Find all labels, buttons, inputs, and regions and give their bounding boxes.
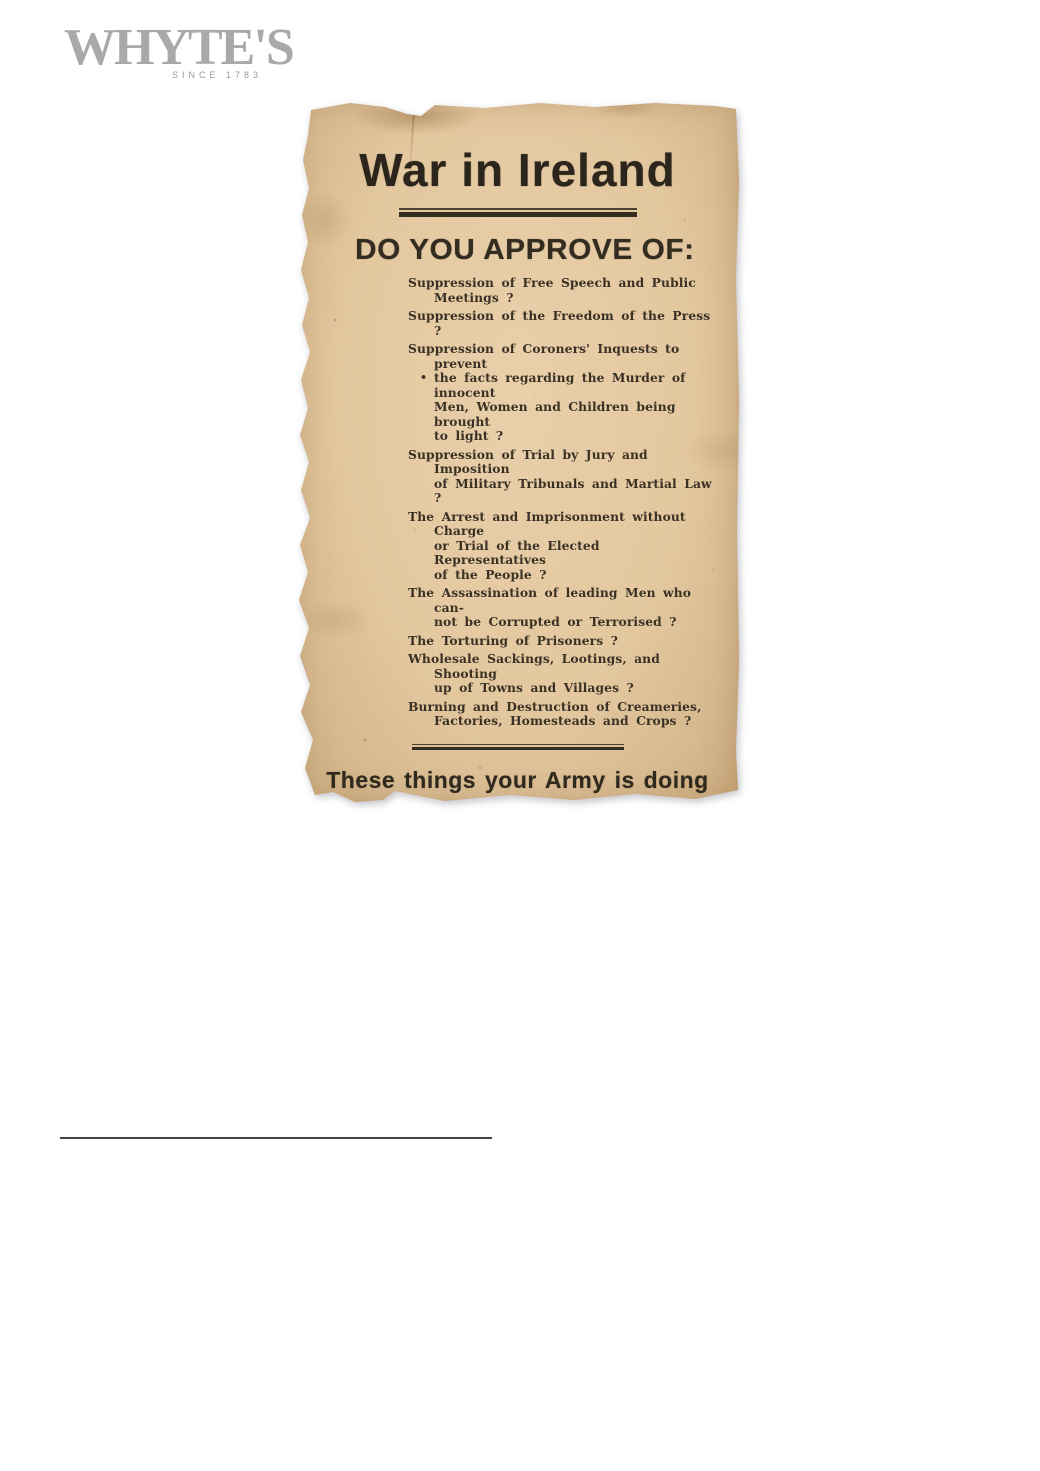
flyer-headline: War in Ireland <box>295 100 740 193</box>
list-item: Suppression of Coroners' Inquests to pre… <box>408 342 718 444</box>
closing-line-stop-it: Stop it ! Right Now ! <box>295 910 740 946</box>
imprint-line: Published by The Irish Self-Determinatio… <box>295 957 740 966</box>
rule-thin-line <box>412 744 624 746</box>
list-item: Burning and Destruction of Creameries, F… <box>408 700 718 729</box>
bullet-mark: • <box>420 371 427 386</box>
double-rule-bottom <box>412 744 624 751</box>
logo-title: WHYTE'S <box>64 22 264 74</box>
list-item: Suppression of Free Speech and Public Me… <box>408 276 718 305</box>
closing-line-ireland: in IRELAND To-Day. <box>295 802 740 834</box>
imprint-rule <box>353 968 683 969</box>
whytes-logo: WHYTE'S SINCE 1783 <box>64 22 264 80</box>
approve-list: Suppression of Free Speech and Public Me… <box>408 276 718 729</box>
rule-thin-line <box>399 208 637 210</box>
flyer-paper: War in Ireland DO YOU APPROVE OF: Suppre… <box>295 100 740 803</box>
flyer-content: War in Ireland DO YOU APPROVE OF: Suppre… <box>295 100 740 803</box>
closing-line-stop-hellish: STOP THE HELLISH WORK ! <box>295 847 740 905</box>
list-item: The Torturing of Prisoners ? <box>408 634 718 649</box>
section-heading: DO YOU APPROVE OF: <box>355 236 752 265</box>
closing-line-ireland-prefix: in <box>367 806 387 832</box>
list-item: Suppression of the Freedom of the Press … <box>408 309 718 338</box>
closing-line-ireland-suffix: To-Day. <box>587 806 668 832</box>
closing-line-army: These things your Army is doing <box>295 767 740 794</box>
closing-line-ireland-emphasis: IRELAND <box>404 802 577 833</box>
footnote-rule <box>60 1137 492 1139</box>
double-rule-top <box>399 208 637 217</box>
rule-thick-line <box>399 212 637 217</box>
page-root: WHYTE'S SINCE 1783 War in Ireland DO YOU… <box>0 0 1040 1471</box>
list-item: The Arrest and Imprisonment without Char… <box>408 510 718 583</box>
rule-thick-line <box>412 747 624 750</box>
list-item: Wholesale Sackings, Lootings, and Shooti… <box>408 652 718 696</box>
flyer-image: War in Ireland DO YOU APPROVE OF: Suppre… <box>295 100 740 803</box>
list-item: Suppression of Trial by Jury and Imposit… <box>408 448 718 506</box>
list-item: The Assassination of leading Men who can… <box>408 586 718 630</box>
